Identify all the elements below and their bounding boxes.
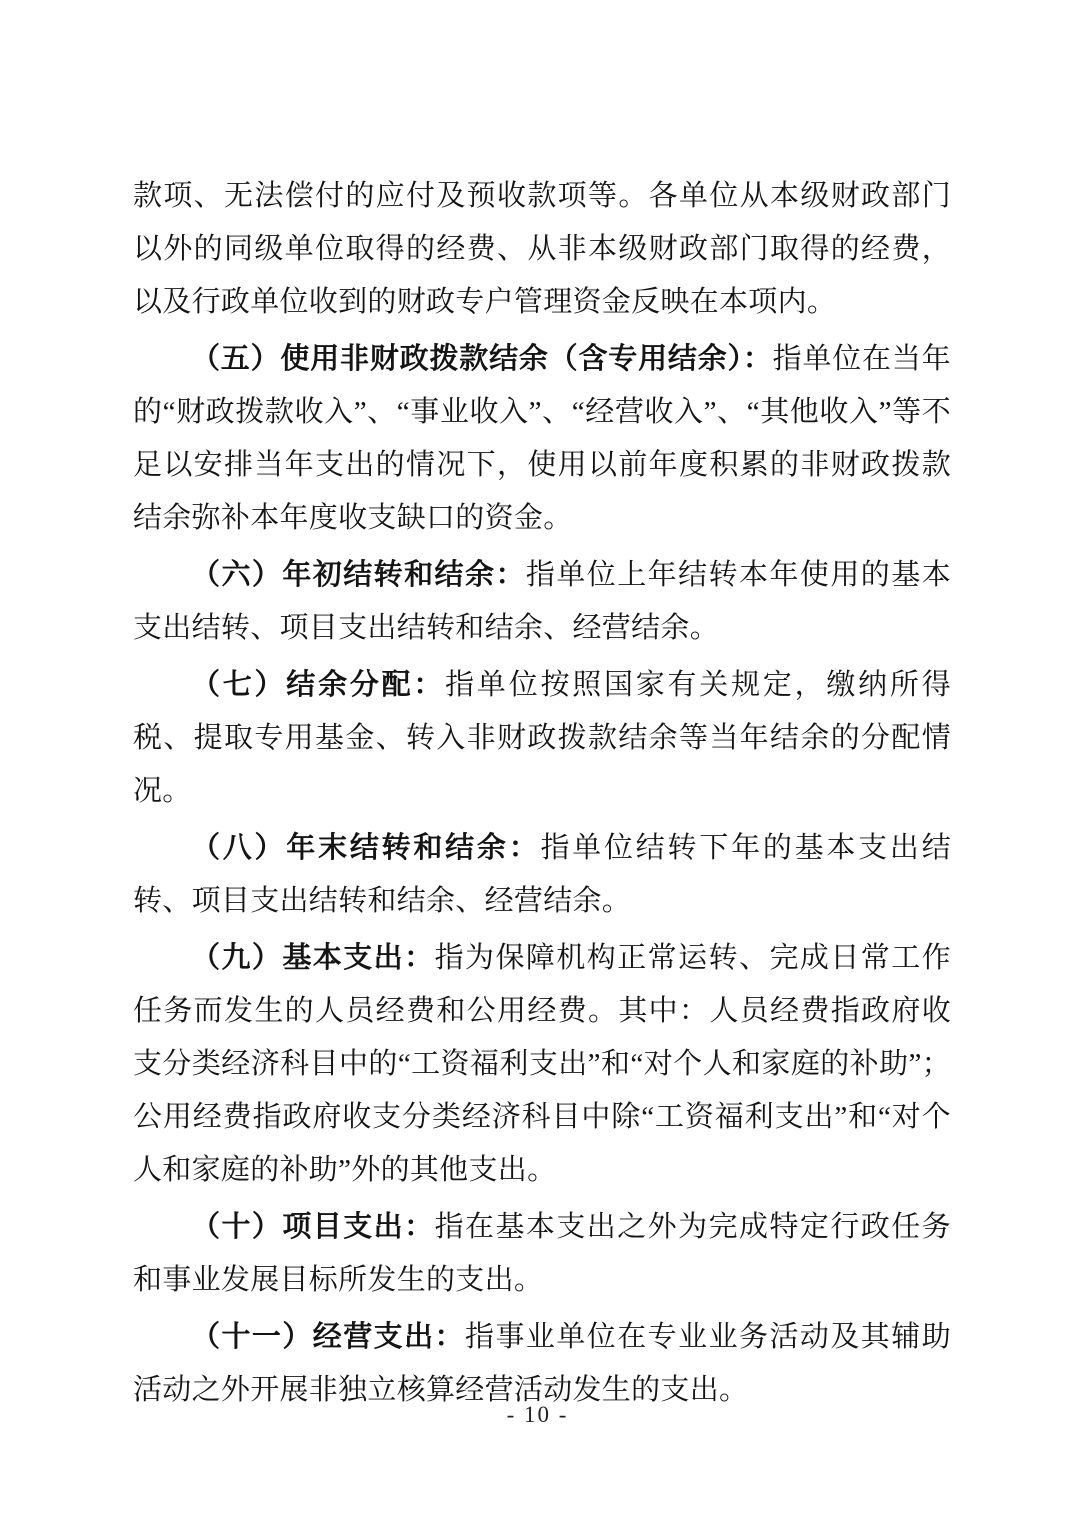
paragraph-heading: （五）使用非财政拨款结余（含专用结余）： xyxy=(191,343,773,375)
paragraph-heading: （十）项目支出： xyxy=(191,1211,435,1243)
paragraph: （十）项目支出：指在基本支出之外为完成特定行政任务和事业发展目标所发生的支出。 xyxy=(133,1201,951,1307)
paragraph: （七）结余分配：指单位按照国家有关规定，缴纳所得税、提取专用基金、转入非财政拨款… xyxy=(133,659,951,818)
paragraph-heading: （八）年末结转和结余： xyxy=(191,832,540,864)
paragraph: 款项、无法偿付的应付及预收款项等。各单位从本级财政部门以外的同级单位取得的经费、… xyxy=(133,170,951,329)
paragraph: （六）年初结转和结余：指单位上年结转本年使用的基本支出结转、项目支出结转和结余、… xyxy=(133,549,951,655)
paragraph-text: 款项、无法偿付的应付及预收款项等。各单位从本级财政部门以外的同级单位取得的经费、… xyxy=(133,180,951,318)
paragraph-heading: （七）结余分配： xyxy=(191,669,445,701)
paragraph-text: 指为保障机构正常运转、完成日常工作任务而发生的人员经费和公用经费。其中：人员经费… xyxy=(133,942,951,1186)
paragraph: （五）使用非财政拨款结余（含专用结余）：指单位在当年的“财政拨款收入”、“事业收… xyxy=(133,333,951,545)
document-page: 款项、无法偿付的应付及预收款项等。各单位从本级财政部门以外的同级单位取得的经费、… xyxy=(0,0,1075,1520)
page-footer: - 10 - xyxy=(0,1398,1075,1432)
paragraph-heading: （九）基本支出： xyxy=(191,942,435,974)
paragraph: （九）基本支出：指为保障机构正常运转、完成日常工作任务而发生的人员经费和公用经费… xyxy=(133,932,951,1197)
document-body: 款项、无法偿付的应付及预收款项等。各单位从本级财政部门以外的同级单位取得的经费、… xyxy=(133,170,951,1417)
paragraph-heading: （十一）经营支出： xyxy=(191,1321,465,1353)
page-number: - 10 - xyxy=(507,1402,569,1427)
paragraph-heading: （六）年初结转和结余： xyxy=(191,559,526,591)
paragraph: （八）年末结转和结余：指单位结转下年的基本支出结转、项目支出结转和结余、经营结余… xyxy=(133,822,951,928)
